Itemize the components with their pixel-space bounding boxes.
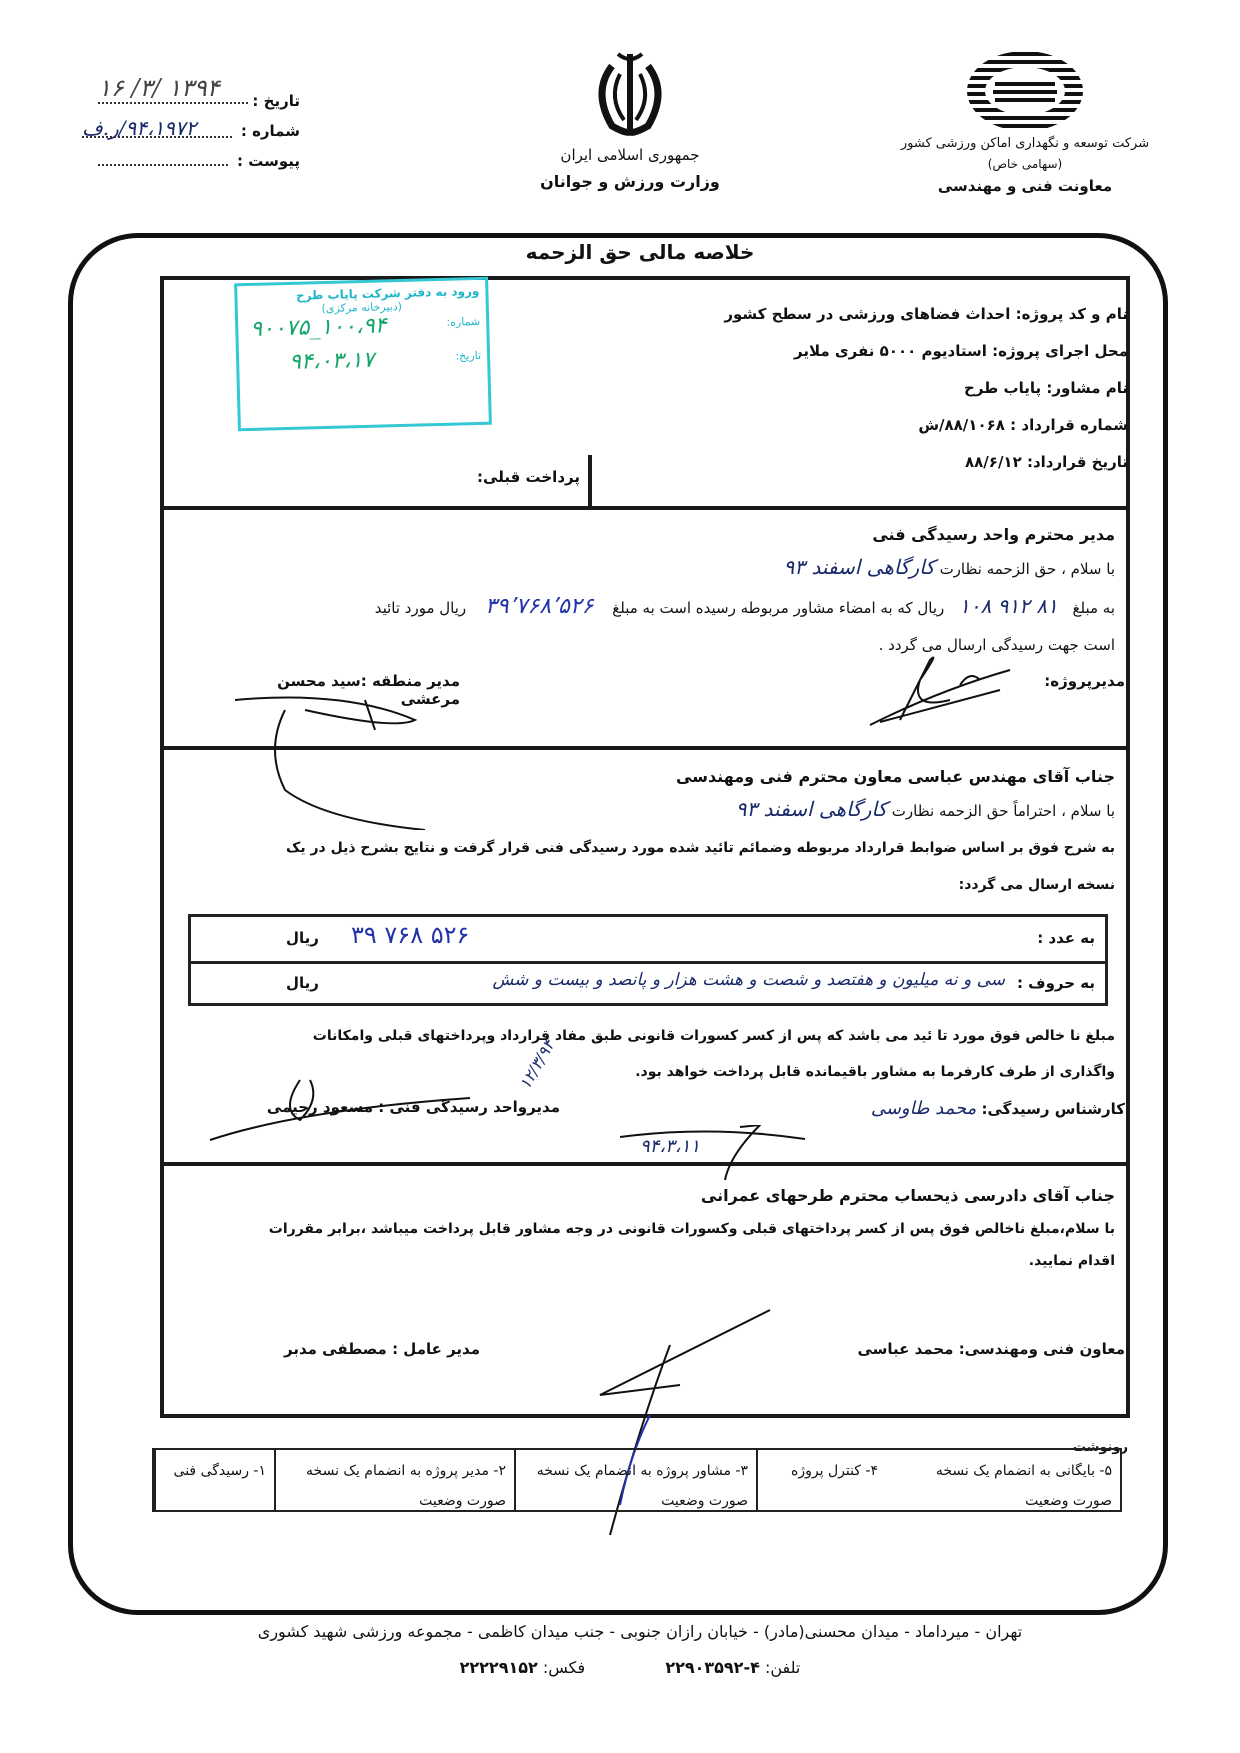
ceo-row: مدیر عامل : مصطفی مدبر: [250, 1340, 480, 1358]
copy-item-3: ۳- مشاور پروژه به انضمام یک نسخه صورت وض…: [514, 1450, 756, 1510]
number-label: شماره :: [241, 122, 300, 140]
section3-body-line1: با سلام،مبلغ ناخالص فوق پس از کسر پرداخت…: [180, 1212, 1115, 1246]
region-manager-label: مدیر منطقه :: [361, 672, 460, 690]
contract-number-label: شماره قرارداد :: [1010, 416, 1128, 434]
consultant-label: نام مشاور:: [1046, 379, 1128, 397]
amount-numeric-row: به عدد : ریال ۳۹ ۷۶۸ ۵۲۶: [191, 917, 1105, 964]
footer-address: تهران - میرداماد - میدان محسنی(مادر) - خ…: [150, 1622, 1130, 1641]
ceo-label: مدیر عامل :: [392, 1340, 480, 1358]
attachment-label: پیوست :: [237, 152, 300, 170]
project-name-row: نام و کد پروژه: احداث فضاهای ورزشی در سط…: [568, 296, 1128, 333]
project-name-value: احداث فضاهای ورزشی در سطح کشور: [724, 305, 1010, 323]
reviewer-row: کارشناس رسیدگی: محمد طاوسی: [871, 1098, 1125, 1119]
copy-item-text: ۳- مشاور پروژه به انضمام یک نسخه صورت وض…: [537, 1463, 748, 1509]
republic-title: جمهوری اسلامی ایران: [520, 146, 740, 164]
deputy-row: معاون فنی ومهندسی: محمد عباسی: [857, 1340, 1125, 1358]
review-request-content: مدیر محترم واحد رسیدگی فنی با سلام ، حق …: [180, 520, 1115, 662]
auditor-content: جناب آقای دادرسی ذیحساب محترم طرحهای عمر…: [180, 1180, 1115, 1276]
fax-label: فکس:: [543, 1658, 585, 1677]
section2-greeting-hand: کارگاهی اسفند ۹۳: [736, 797, 887, 821]
department-name: معاونت فنی و مهندسی: [880, 177, 1170, 195]
copies-table: ۱- رسیدگی فنی ۲- مدیر پروژه به انضمام یک…: [152, 1448, 1122, 1512]
attachment-dots: [98, 164, 228, 166]
contract-date-value: ۸۸/۶/۱۲: [965, 453, 1022, 471]
section2-greeting-row: با سلام ، احتراماً حق الزحمه نظارت کارگا…: [180, 792, 1115, 828]
stamp-number-label: شماره:: [446, 315, 480, 329]
amount-words-row: به حروف : سی و نه میلیون و هفتصد و شصت و…: [191, 964, 1105, 1006]
submitted-amount: ۸۱ ۹۱۲ ۱۰۸: [959, 594, 1058, 618]
amount-table: به عدد : ریال ۳۹ ۷۶۸ ۵۲۶ به حروف : سی و …: [188, 914, 1108, 1006]
number-dots: [82, 136, 232, 138]
copy-item-5: ۵- بایگانی به انضمام یک نسخه صورت وضعیت: [886, 1450, 1120, 1510]
company-logo-icon: [965, 50, 1085, 132]
company-type: (سهامی خاص): [880, 157, 1170, 171]
copy-item-4: ۴- کنترل پروژه: [756, 1450, 886, 1510]
previous-payment-label: پرداخت قبلی:: [440, 468, 580, 486]
company-name: شرکت توسعه و نگهداری اماکن ورزشی کشور: [880, 136, 1170, 151]
stamp-date-label: تاریخ:: [455, 349, 481, 363]
section1-greeting-hand: کارگاهی اسفند ۹۳: [784, 555, 935, 579]
stamp-number-value: ۱۰۰،۹۴_۹۰۰۷۵: [250, 313, 387, 342]
deputy-review-content: جناب آقای مهندس عباسی معاون محترم فنی وم…: [180, 762, 1115, 902]
section2-heading: جناب آقای مهندس عباسی معاون محترم فنی وم…: [180, 762, 1115, 792]
contract-date-label: تاریخ قرارداد:: [1027, 453, 1128, 471]
stamp-date-row: تاریخ: ۹۴،۰۳،۱۷: [239, 345, 488, 385]
section3-heading: جناب آقای دادرسی ذیحساب محترم طرحهای عمر…: [180, 1180, 1115, 1212]
contract-number-value: ۸۸/۱۰۶۸/ش: [918, 416, 1005, 434]
number-row: ۹۴،۱۹۷۲/ر.ف شماره :: [80, 114, 300, 150]
unit-manager-signature: [200, 1070, 480, 1150]
words-label: به حروف :: [1017, 974, 1095, 992]
section1-greeting-row: با سلام ، حق الزحمه نظارت کارگاهی اسفند …: [180, 550, 1115, 586]
project-manager-signature: [860, 650, 1020, 730]
footer-contacts: تلفن: ۴-۲۲۹۰۳۵۹۲ فکس: ۲۲۲۲۹۱۵۲: [350, 1658, 910, 1677]
project-info-block: نام و کد پروژه: احداث فضاهای ورزشی در سط…: [568, 296, 1128, 481]
header-center: جمهوری اسلامی ایران وزارت ورزش و جوانان: [520, 48, 740, 191]
phone-value: ۴-۲۲۹۰۳۵۹۲: [665, 1658, 760, 1677]
project-manager-label: مدیرپروژه:: [1044, 672, 1125, 690]
deputy-name: محمد عباسی: [857, 1340, 953, 1358]
receipt-stamp: ورود به دفتر شرکت پایاب طرح (دبیرخانه مر…: [234, 277, 492, 432]
section1-greeting: با سلام ، حق الزحمه نظارت: [940, 560, 1115, 578]
copy-item-1: ۱- رسیدگی فنی: [154, 1450, 274, 1510]
consultant-row: نام مشاور: پایاب طرح: [568, 370, 1128, 407]
deputy-label: معاون فنی ومهندسی:: [959, 1340, 1125, 1358]
numeric-value: ۳۹ ۷۶۸ ۵۲۶: [351, 921, 469, 949]
amount-prefix: به مبلغ: [1073, 599, 1116, 617]
words-unit: ریال: [286, 974, 319, 992]
amount-mid: ریال که به امضاء مشاور مربوطه رسیده است …: [612, 599, 944, 617]
note-line1: مبلغ نا خالص فوق مورد تا ئید می باشد که …: [180, 1018, 1115, 1054]
section3-body-line2: اقدام نمایید.: [180, 1246, 1115, 1276]
numeric-label: به عدد :: [1037, 929, 1095, 947]
contract-date-row: تاریخ قرارداد: ۸۸/۶/۱۲: [568, 444, 1128, 481]
section2-greeting: با سلام ، احتراماً حق الزحمه نظارت: [892, 802, 1115, 820]
date-label: تاریخ :: [252, 92, 300, 110]
section1-heading: مدیر محترم واحد رسیدگی فنی: [180, 520, 1115, 550]
copy-item-text: ۴- کنترل پروژه: [791, 1463, 878, 1479]
deputy-signature: [500, 1305, 820, 1565]
fax-value: ۲۲۲۲۹۱۵۲: [460, 1658, 538, 1677]
document-title: خلاصه مالی حق الزحمه: [440, 240, 840, 264]
phone-label: تلفن:: [765, 1658, 800, 1677]
project-location-row: محل اجرای پروژه: استادیوم ۵۰۰۰ نفری ملای…: [568, 333, 1128, 370]
iran-emblem-icon: [590, 48, 670, 138]
copy-item-text: ۵- بایگانی به انضمام یک نسخه صورت وضعیت: [936, 1463, 1112, 1509]
reviewer-label: کارشناس رسیدگی:: [982, 1100, 1126, 1118]
stamp-date-value: ۹۴،۰۳،۱۷: [289, 348, 375, 375]
project-location-label: محل اجرای پروژه:: [992, 342, 1128, 360]
approved-amount: ۳۹٬۷۶۸٬۵۲۶: [485, 594, 594, 619]
contract-number-row: شماره قرارداد : ۸۸/۱۰۶۸/ش: [568, 407, 1128, 444]
section2-body-line1: به شرح فوق بر اساس ضوابط قرارداد مربوطه …: [180, 828, 1115, 868]
copy-item-text: ۱- رسیدگی فنی: [174, 1463, 266, 1479]
section1-amount-row: به مبلغ ۸۱ ۹۱۲ ۱۰۸ ریال که به امضاء مشاو…: [180, 586, 1115, 628]
date-value: ۱۳۹۴ /۳/ ۱۶: [98, 74, 220, 102]
attachment-row: پیوست :: [80, 150, 300, 180]
date-row: ۱۳۹۴ /۳/ ۱۶ تاریخ :: [80, 78, 300, 114]
copy-item-2: ۲- مدیر پروژه به انضمام یک نسخه صورت وضع…: [274, 1450, 514, 1510]
header-left: ۱۳۹۴ /۳/ ۱۶ تاریخ : ۹۴،۱۹۷۲/ر.ف شماره : …: [80, 78, 300, 180]
reviewer-signature: محمد طاوسی: [871, 1098, 976, 1119]
amount-suffix: ریال مورد تائید: [375, 599, 466, 617]
ministry-title: وزارت ورزش و جوانان: [520, 172, 740, 191]
words-value: سی و نه میلیون و هفتصد و شصت و هشت هزار …: [492, 970, 1005, 990]
copy-item-text: ۲- مدیر پروژه به انضمام یک نسخه صورت وضع…: [306, 1463, 506, 1509]
date-dots: [98, 102, 248, 104]
numeric-unit: ریال: [286, 929, 319, 947]
consultant-value: پایاب طرح: [964, 379, 1041, 397]
header-right: شرکت توسعه و نگهداری اماکن ورزشی کشور (س…: [880, 50, 1170, 195]
ceo-name: مصطفی مدبر: [284, 1340, 387, 1358]
section2-body-line2: نسخه ارسال می گردد:: [180, 868, 1115, 902]
project-location-value: استادیوم ۵۰۰۰ نفری ملایر: [794, 342, 987, 360]
project-name-label: نام و کد پروژه:: [1016, 305, 1128, 323]
